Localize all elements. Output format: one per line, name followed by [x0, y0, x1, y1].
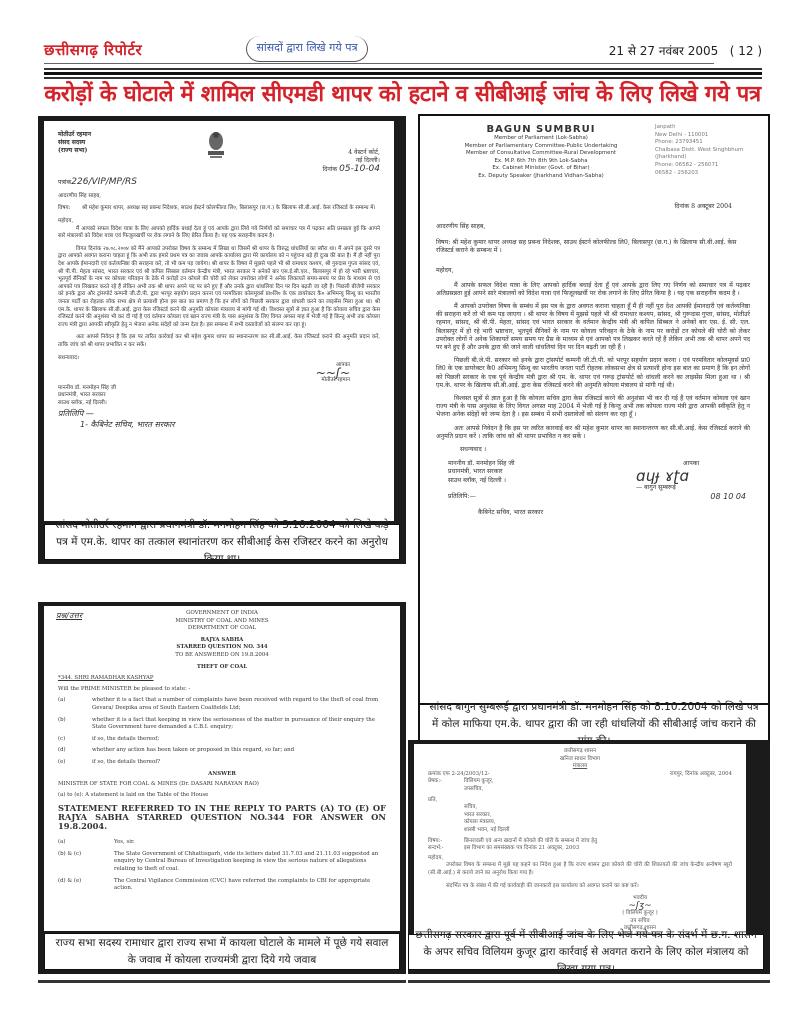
answer-list: (a)Yes, sir.(b) & (c)The State Governmen… [58, 839, 386, 893]
question-item-text: if so, the details thereof; [92, 736, 159, 744]
date-label: दिनांक [322, 166, 337, 173]
body-paragraph: विश्वस्त सूत्रों से ज्ञात हुआ है कि कोयल… [436, 395, 750, 420]
body-paragraph: अतः आपसे निवेदन है कि इस पर त्वरित कार्र… [58, 334, 380, 349]
bottom-rule [408, 980, 770, 983]
answer-item: (a)Yes, sir. [58, 839, 386, 847]
section-label: सांसदों द्वारा लिखे गये पत्र [246, 36, 368, 62]
mp-title-line: Ex. M.P. 6th 7th 8th 9th Lok-Sabha [436, 158, 646, 166]
answer-intro: (a) to (e): A statement is laid on the T… [58, 792, 386, 800]
greeting: महोदय, [58, 218, 380, 226]
address-line: Janpath [655, 124, 750, 132]
answer-item: (d) & (e)The Central Vigilance Commissio… [58, 878, 386, 893]
body-paragraph: संदर्भित पत्र के संबंध में की गई कार्यवा… [428, 883, 732, 891]
address-line: 06582 - 256203 [655, 170, 750, 178]
copy-recipient: 1- कैबिनेट सचिव, भारत सरकार [80, 419, 380, 430]
signature-scrawl: ~~ʃ~ [58, 370, 350, 378]
answer-item-label: (d) & (e) [58, 878, 114, 893]
header-line: छत्तीसगढ़ शासन [428, 748, 732, 756]
question-item-label: (e) [58, 759, 92, 767]
question-header: RAJYA SABHA STARRED QUESTION NO. 344 TO … [58, 637, 386, 660]
reference-label: सन्दर्भ:- [428, 845, 464, 853]
from-line: उपसचिव, [464, 786, 483, 792]
subject-text: विषय: श्री महेश कुमार थापर अध्यक्ष सह प्… [436, 239, 750, 255]
letter-date: दिनांक 8 अक्टूबर 2004 [436, 203, 732, 211]
signature-block: आपका ɑɥɟ ɤʈɑ — बागुन सुम्बरूई 08 10 04 [636, 460, 746, 517]
question-item: (d)whether any action has been taken or … [58, 747, 386, 755]
signatory-line: ( विलियम कुजूर ) [548, 910, 732, 918]
publication-name: छत्तीसगढ़ रिपोर्टर [44, 40, 142, 60]
cg-govt-document: छत्तीसगढ़ शासन खनिज साधन विभाग मंत्रालय … [414, 744, 746, 934]
address-line: (Jharkhand) [655, 154, 750, 162]
question-number: STARRED QUESTION NO. 344 [58, 644, 386, 652]
date-value: 05-10-04 [339, 164, 380, 174]
question-item-label: (b) [58, 717, 92, 732]
sign-label: आपका [58, 362, 350, 370]
subject-row: विषय:- छिनरावली एवं अन्य खदानों में कोयल… [428, 838, 732, 846]
bottom-rule [38, 980, 406, 983]
reference-number: पत्रांक226/VIP/MP/RS [58, 178, 380, 187]
answer-item-text: Yes, sir. [114, 839, 135, 847]
rajya-sabha-document: प्रश्न/उत्तर GOVERNMENT OF INDIA MINISTR… [44, 606, 400, 931]
caption-rahman: सांसद मोतीउर्र रहमान द्वारा प्रधानमंत्री… [44, 524, 400, 560]
question-item: (a)whether it is a fact that a number of… [58, 697, 386, 712]
mp-title-line: Member of Parliament (Lok-Sabha) [436, 135, 646, 143]
address-line: New Delhi - 110001 [655, 132, 750, 140]
address-line: Chaibasa Distt. West Singhbhum [655, 147, 750, 155]
rajya-sabha-question-panel: प्रश्न/उत्तर GOVERNMENT OF INDIA MINISTR… [38, 602, 406, 974]
header-line: DEPARTMENT OF COAL [58, 625, 386, 633]
caption-rajya-sabha: राज्य सभा सदस्य रामाधार द्वारा राज्य सभा… [44, 933, 400, 970]
page-number: ( 12 ) [730, 44, 762, 58]
address-line: Phone: 23793451 [655, 139, 750, 147]
to-block: सचिव, भारत सरकार, कोयला मंत्रालय, शास्त्… [464, 804, 732, 834]
question-item-label: (a) [58, 697, 92, 712]
from-label: प्रेषक:- [428, 778, 464, 793]
sign-row: माननीय डॉ. मनमोहन सिंह जी प्रधानमंत्री, … [436, 460, 750, 517]
subject-text: छिनरावली एवं अन्य खदानों में कोयले की चो… [464, 838, 597, 846]
recipient-line: प्रधानमंत्री, भारत सरकार [58, 392, 380, 400]
header-line: GOVERNMENT OF INDIA [58, 610, 386, 618]
letter-sumbrui-document: BAGUN SUMBRUI Member of Parliament (Lok-… [422, 118, 764, 700]
question-intro: Will the PRIME MINISTER be pleased to st… [58, 686, 386, 694]
from-line: विलियम कुजूर, [464, 778, 494, 784]
salutation: आदरणीय सिंह साहब, [436, 223, 750, 231]
recipient-line: माननीय डॉ. मनमोहन सिंह जी [58, 385, 380, 393]
ref-value: 226/VIP/MP/RS [71, 177, 137, 187]
house-name: RAJYA SABHA [58, 637, 386, 645]
question-item: (b)whether it is a fact that keeping in … [58, 717, 386, 732]
question-item: (c)if so, the details thereof; [58, 736, 386, 744]
recipient-line: प्रधानमंत्री, भारत सरकार [448, 468, 543, 476]
copy-recipient: कैबिनेट सचिव, भारत सरकार [478, 509, 543, 517]
page-headline: करोड़ों के घोटाले में शामिल सीएमडी थापर … [30, 78, 775, 108]
letterhead: BAGUN SUMBRUI Member of Parliament (Lok-… [436, 124, 750, 181]
subject-text: श्री महेश कुमार थापर, अध्यक्ष सह प्रबन्ध… [82, 205, 376, 213]
question-item: (e)if so, the details thereof? [58, 759, 386, 767]
question-item-text: whether it is a fact that a number of co… [92, 697, 386, 712]
question-item-text: whether any action has been taken or pro… [92, 747, 294, 755]
signature-date: 08 10 04 [636, 493, 746, 501]
body-paragraph: उपरोक्त विषय के सम्बन्ध में मुझे यह कहने… [428, 862, 732, 877]
copy-label: प्रतिलिपि:— [448, 493, 543, 501]
letter-date: दिनांक 05-10-04 [322, 165, 380, 174]
copy-label: प्रतिलिपि — [58, 408, 380, 419]
recipient-block: माननीय डॉ. मनमोहन सिंह जी प्रधानमंत्री, … [58, 385, 380, 408]
recipient-block: माननीय डॉ. मनमोहन सिंह जी प्रधानमंत्री, … [448, 460, 543, 517]
to-line: भारत सरकार, [464, 812, 732, 820]
body-paragraph: मैं आपको उपरोक्त विषय के सम्बंध में इस प… [436, 303, 750, 352]
caption-cg-govt: छत्तीसगढ़ सरकार द्वारा पूर्व में सीबीआई … [408, 934, 764, 970]
question-list: (a)whether it is a fact that a number of… [58, 697, 386, 766]
state-emblem-icon [204, 129, 228, 161]
letterhead-address: Janpath New Delhi - 110001 Phone: 237934… [655, 124, 750, 181]
closing: सधन्यवाद। [58, 355, 380, 363]
letter-rahman-document: मोतीउर्र रहमान संसद सदस्य (राज्य सभा) 4 … [44, 121, 394, 521]
ref-label: पत्रांक [58, 179, 71, 186]
answer-date: TO BE ANSWERED ON 19.8.2004 [58, 652, 386, 660]
mp-title-line: Member of Parliamentary Committee-Public… [436, 143, 646, 151]
salutation: आदरणीय सिंह साहब, [58, 193, 380, 201]
reference-text: इस विभाग का समसंख्यक पत्र दिनांक 21 अक्ट… [464, 845, 579, 853]
answer-item-text: The Central Vigilance Commission (CVC) h… [114, 878, 386, 893]
subject-line: विषय: श्री महेश कुमार थापर, अध्यक्ष सह प… [58, 205, 380, 213]
member-name: *344. SHRI RAMADHAR KASHYAP [58, 675, 386, 683]
question-item-label: (c) [58, 736, 92, 744]
mp-titles: Member of Parliament (Lok-Sabha) Member … [436, 135, 646, 181]
letter-rahman-panel: मोतीउर्र रहमान संसद सदस्य (राज्य सभा) 4 … [38, 116, 406, 564]
signature-block: आपका ~~ʃ~ मोतीउर्र रहमान [58, 362, 350, 385]
masthead-rule [44, 63, 714, 64]
letterhead-left: BAGUN SUMBRUI Member of Parliament (Lok-… [436, 124, 646, 181]
mp-name: BAGUN SUMBRUI [436, 124, 646, 135]
mp-title-line: Ex. Deputy Speaker (Jharkhand Vidhan-Sab… [436, 173, 646, 181]
question-item-text: if so, the details thereof? [92, 759, 160, 767]
from-row: प्रेषक:- विलियम कुजूर,उपसचिव, [428, 778, 732, 793]
address-block: 4 वेस्टर्न कोर्ट, नई दिल्ली। दिनांक 05-1… [322, 149, 380, 175]
recipient-line: साउथ ब्लॉक, नई दिल्ली। [58, 400, 380, 408]
cg-govt-letter-panel: छत्तीसगढ़ शासन खनिज साधन विभाग मंत्रालय … [408, 740, 770, 974]
answer-item-text: The State Government of Chhattisgarh, vi… [114, 851, 386, 874]
ministry-header: GOVERNMENT OF INDIA MINISTRY OF COAL AND… [58, 610, 386, 633]
address-line: 4 वेस्टर्न कोर्ट, [322, 149, 380, 157]
body-paragraph: अतः आपसे निवेदन है कि इस पर त्वरित कारवा… [436, 425, 750, 441]
mp-title-line: Member of Consultative Committee-Rural D… [436, 150, 646, 158]
body-paragraph: पिछली बी.जे.पी. सरकार को इनके द्वारा ट्र… [436, 357, 750, 390]
answer-item: (b) & (c)The State Government of Chhatti… [58, 851, 386, 874]
body-paragraph: मैं आपको सफल विदेश यात्रा के लिए आपको हा… [58, 226, 380, 241]
issue-dates: 21 से 27 नवंबर 2005 [609, 44, 719, 58]
dept-header: छत्तीसगढ़ शासन खनिज साधन विभाग मंत्रालय [428, 748, 732, 771]
body-paragraph: मैं आपके सफल विदेश यात्रा के लिए आपको हा… [436, 282, 750, 298]
mp-title-line: Ex. Cabinet Minister (Govt. of Bihar) [436, 165, 646, 173]
reference-row: सन्दर्भ:- इस विभाग का समसंख्यक पत्र दिना… [428, 845, 732, 853]
closing: सधन्यवाद । [460, 446, 750, 454]
issue-info: 21 से 27 नवंबर 2005 ( 12 ) [609, 42, 762, 59]
answer-item-label: (a) [58, 839, 114, 847]
from-block: विलियम कुजूर,उपसचिव, [464, 778, 494, 793]
address-line: Phone: 06582 - 256071 [655, 162, 750, 170]
signature-scrawl: ɑɥɟ ɤʈɑ [636, 468, 746, 484]
to-line: कोयला मंत्रालय, [464, 819, 732, 827]
body-paragraph: विगत दिनांक २७.०८.२००४ को मैंने आपको उपर… [58, 246, 380, 330]
answer-item-label: (b) & (c) [58, 851, 114, 874]
subject-label: विषय: [58, 205, 82, 213]
place-date: रायपुर, दिनांक अक्टूबर, 2004 [670, 771, 732, 779]
signatory-name: मोतीउर्र रहमान [58, 377, 350, 385]
answer-heading: ANSWER [58, 771, 386, 779]
question-item-label: (d) [58, 747, 92, 755]
greeting: महोदय, [436, 267, 750, 275]
minister-name: MINISTER OF STATE FOR COAL & MINES (Dr. … [58, 781, 386, 789]
letter-sumbrui-panel: BAGUN SUMBRUI Member of Parliament (Lok-… [418, 114, 770, 744]
header-line: मंत्रालय [428, 763, 732, 771]
header-line: MINISTRY OF COAL AND MINES [58, 618, 386, 626]
to-line: शास्त्री भवन, नई दिल्ली [464, 827, 732, 835]
to-line: सचिव, [464, 804, 732, 812]
caption-sumbrui: सांसद बागुन सुम्बरूई द्वारा प्रधानमंत्री… [420, 703, 768, 743]
statement-heading: STATEMENT REFERRED TO IN THE REPLY TO PA… [58, 804, 386, 831]
question-item-text: whether it is a fact that keeping in vie… [92, 717, 386, 732]
recipient-line: साउथ ब्लॉक, नई दिल्ली । [448, 477, 543, 485]
masthead: छत्तीसगढ़ रिपोर्टर सांसदों द्वारा लिखे ग… [44, 38, 762, 68]
subject-label: विषय:- [428, 838, 464, 846]
question-title: THEFT OF COAL [58, 664, 386, 672]
handwritten-stamp: प्रश्न/उत्तर [56, 610, 82, 621]
